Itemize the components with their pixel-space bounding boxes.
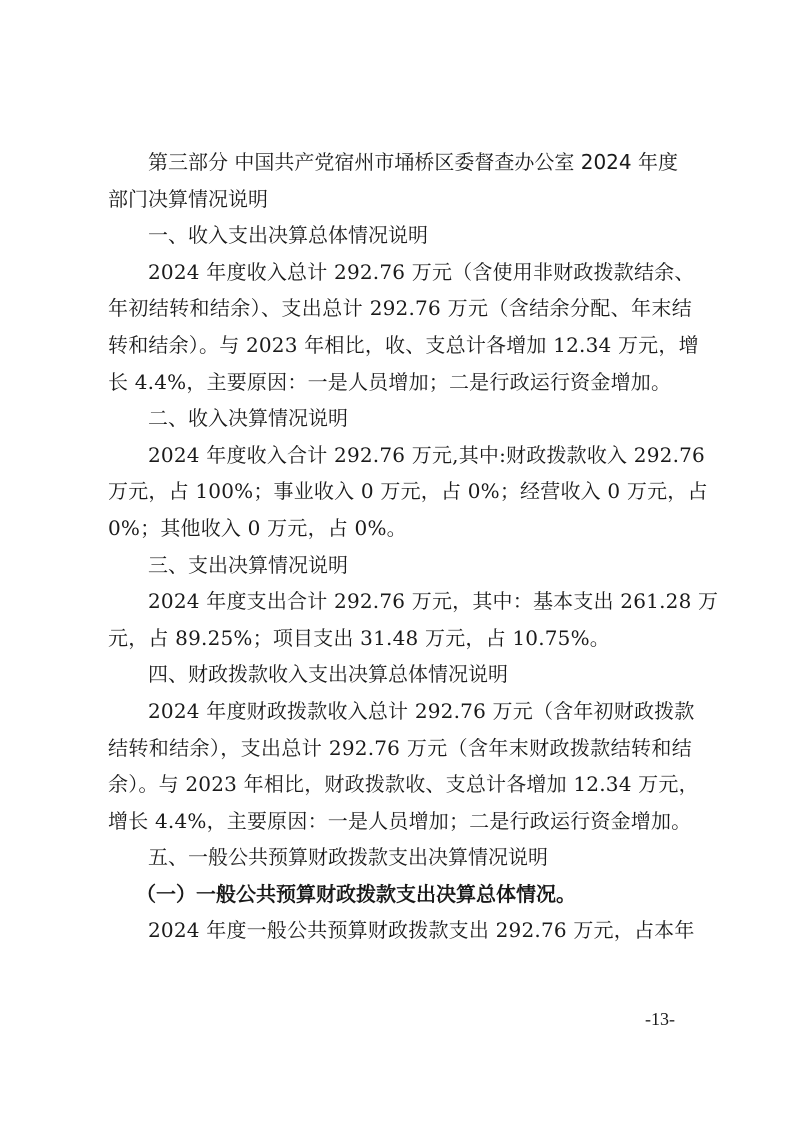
document-page: 第三部分 中国共产党宿州市埇桥区委督查办公室 2024 年度 部门决算情况说明 … xyxy=(108,144,692,949)
section-4-text: 余）。与 2023 年相比，财政拨款收、支总计各增加 12.34 万元， xyxy=(108,766,692,803)
section-1-text: 转和结余）。与 2023 年相比，收、支总计各增加 12.34 万元，增 xyxy=(108,327,692,364)
section-3-heading: 三、支出决算情况说明 xyxy=(108,547,692,584)
section-2-text: 万元，占 100%；事业收入 0 万元，占 0%；经营收入 0 万元，占 xyxy=(108,473,692,510)
section-2-text: 2024 年度收入合计 292.76 万元,其中:财政拨款收入 292.76 xyxy=(108,437,692,474)
section-2-heading: 二、收入决算情况说明 xyxy=(108,400,692,437)
page-number: -13- xyxy=(645,1009,675,1030)
section-1-text: 长 4.4%，主要原因：一是人员增加；二是行政运行资金增加。 xyxy=(108,364,692,401)
section-4-text: 结转和结余），支出总计 292.76 万元（含年末财政拨款结转和结 xyxy=(108,730,692,767)
section-1-heading: 一、收入支出决算总体情况说明 xyxy=(108,217,692,254)
part-title-line-2: 部门决算情况说明 xyxy=(108,181,692,218)
section-5-heading: 五、一般公共预算财政拨款支出决算情况说明 xyxy=(108,839,692,876)
section-5-text: 2024 年度一般公共预算财政拨款支出 292.76 万元，占本年 xyxy=(108,912,692,949)
section-3-text: 元，占 89.25%；项目支出 31.48 万元，占 10.75%。 xyxy=(108,620,692,657)
section-2-text: 0%；其他收入 0 万元，占 0%。 xyxy=(108,510,692,547)
part-title-line-1: 第三部分 中国共产党宿州市埇桥区委督查办公室 2024 年度 xyxy=(108,144,692,181)
section-4-text: 增长 4.4%，主要原因：一是人员增加；二是行政运行资金增加。 xyxy=(108,803,692,840)
section-1-text: 2024 年度收入总计 292.76 万元（含使用非财政拨款结余、 xyxy=(108,254,692,291)
section-1-text: 年初结转和结余）、支出总计 292.76 万元（含结余分配、年末结 xyxy=(108,290,692,327)
section-3-text: 2024 年度支出合计 292.76 万元，其中：基本支出 261.28 万 xyxy=(108,583,692,620)
section-4-text: 2024 年度财政拨款收入总计 292.76 万元（含年初财政拨款 xyxy=(108,693,692,730)
section-4-heading: 四、财政拨款收入支出决算总体情况说明 xyxy=(108,656,692,693)
section-5-subheading: （一）一般公共预算财政拨款支出决算总体情况。 xyxy=(108,876,692,913)
